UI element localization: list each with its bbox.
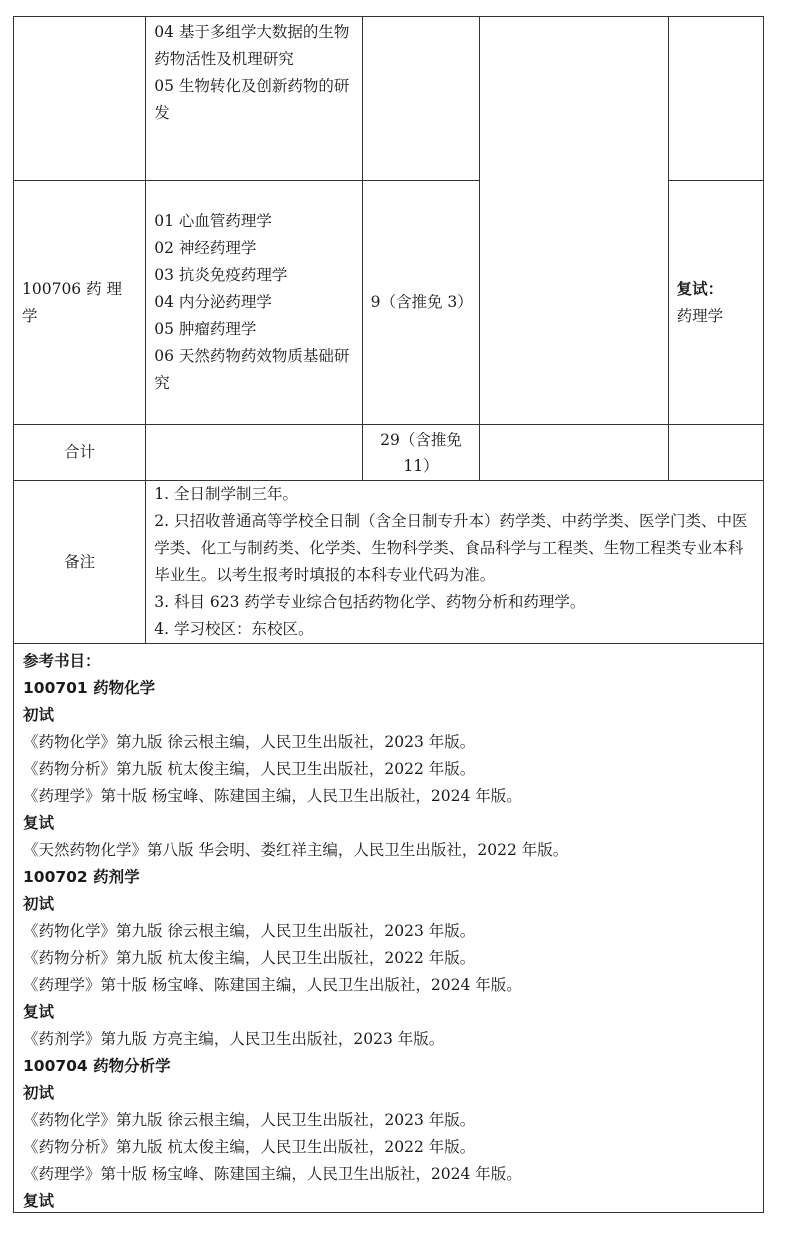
remark-item: 4. 学习校区：东校区。 <box>154 616 755 643</box>
exam-stage-label: 初试 <box>23 891 754 918</box>
major-cell: 100706 药 理 学 <box>14 181 146 425</box>
total-directions-cell <box>146 425 362 481</box>
direction-item: 01 心血管药理学 <box>154 208 353 235</box>
research-directions-cell: 01 心血管药理学 02 神经药理学 03 抗炎免疫药理学 04 内分泌药理学 … <box>146 181 362 425</box>
exam-stage-label: 初试 <box>23 1080 754 1107</box>
direction-item: 02 神经药理学 <box>154 235 353 262</box>
total-notes-cell <box>668 425 763 481</box>
reference-book: 《天然药物化学》第八版 华会明、娄红祥主编，人民卫生出版社，2022 年版。 <box>23 837 754 864</box>
reference-book: 《药物化学》第九版 徐云根主编，人民卫生出版社，2023 年版。 <box>23 729 754 756</box>
total-quota-cell: 29（含推免 11） <box>362 425 480 481</box>
document-page: 04 基于多组学大数据的生物药物活性及机理研究 05 生物转化及创新药物的研发 … <box>13 16 764 1213</box>
direction-item: 05 生物转化及创新药物的研发 <box>154 73 353 127</box>
reference-books-section: 参考书目： 100701 药物化学 初试 《药物化学》第九版 徐云根主编，人民卫… <box>13 644 764 1213</box>
direction-item: 03 抗炎免疫药理学 <box>154 262 353 289</box>
remark-item: 3. 科目 623 药学专业综合包括药物化学、药物分析和药理学。 <box>154 589 755 616</box>
reference-book: 《药物化学》第九版 徐云根主编，人民卫生出版社，2023 年版。 <box>23 918 754 945</box>
exam-stage-label: 复试 <box>23 999 754 1026</box>
total-row: 合计 29（含推免 11） <box>14 425 764 481</box>
enrollment-table: 04 基于多组学大数据的生物药物活性及机理研究 05 生物转化及创新药物的研发 … <box>13 16 764 644</box>
exam-stage-label: 复试 <box>23 810 754 837</box>
remarks-content: 1. 全日制学制三年。 2. 只招收普通高等学校全日制（含全日制专升本）药学类、… <box>146 481 764 644</box>
direction-item: 04 基于多组学大数据的生物药物活性及机理研究 <box>154 19 353 73</box>
direction-item: 04 内分泌药理学 <box>154 289 353 316</box>
direction-item: 05 肿瘤药理学 <box>154 316 353 343</box>
reference-major-heading: 100701 药物化学 <box>23 675 754 702</box>
direction-item: 06 天然药物药效物质基础研究 <box>154 343 353 397</box>
total-exam-cell <box>480 425 668 481</box>
major-cell <box>14 17 146 181</box>
exam-stage-label: 初试 <box>23 702 754 729</box>
notes-label: 复试： <box>677 276 755 303</box>
reference-book: 《药物分析》第九版 杭太俊主编，人民卫生出版社，2022 年版。 <box>23 1134 754 1161</box>
reference-book: 《药剂学》第九版 方亮主编，人民卫生出版社，2023 年版。 <box>23 1026 754 1053</box>
research-directions-cell: 04 基于多组学大数据的生物药物活性及机理研究 05 生物转化及创新药物的研发 <box>146 17 362 181</box>
exam-stage-label: 复试 <box>23 1188 754 1215</box>
quota-cell <box>362 17 480 181</box>
reference-book: 《药物分析》第九版 杭太俊主编，人民卫生出版社，2022 年版。 <box>23 945 754 972</box>
remarks-label: 备注 <box>14 481 146 644</box>
notes-value: 药理学 <box>677 303 755 330</box>
reference-book: 《药理学》第十版 杨宝峰、陈建国主编，人民卫生出版社，2024 年版。 <box>23 972 754 999</box>
total-label: 合计 <box>14 425 146 481</box>
quota-cell: 9（含推免 3） <box>362 181 480 425</box>
reference-book: 《药理学》第十版 杨宝峰、陈建国主编，人民卫生出版社，2024 年版。 <box>23 1161 754 1188</box>
remark-item: 1. 全日制学制三年。 <box>154 481 755 508</box>
reference-book: 《药物化学》第九版 徐云根主编，人民卫生出版社，2023 年版。 <box>23 1107 754 1134</box>
notes-cell <box>668 17 763 181</box>
exam-subjects-cell <box>480 17 668 425</box>
references-title: 参考书目： <box>23 648 754 675</box>
notes-cell: 复试： 药理学 <box>668 181 763 425</box>
table-row: 04 基于多组学大数据的生物药物活性及机理研究 05 生物转化及创新药物的研发 <box>14 17 764 181</box>
reference-major-heading: 100702 药剂学 <box>23 864 754 891</box>
remarks-row: 备注 1. 全日制学制三年。 2. 只招收普通高等学校全日制（含全日制专升本）药… <box>14 481 764 644</box>
reference-book: 《药物分析》第九版 杭太俊主编，人民卫生出版社，2022 年版。 <box>23 756 754 783</box>
remark-item: 2. 只招收普通高等学校全日制（含全日制专升本）药学类、中药学类、医学门类、中医… <box>154 508 755 589</box>
reference-major-heading: 100704 药物分析学 <box>23 1053 754 1080</box>
reference-book: 《药理学》第十版 杨宝峰、陈建国主编，人民卫生出版社，2024 年版。 <box>23 783 754 810</box>
